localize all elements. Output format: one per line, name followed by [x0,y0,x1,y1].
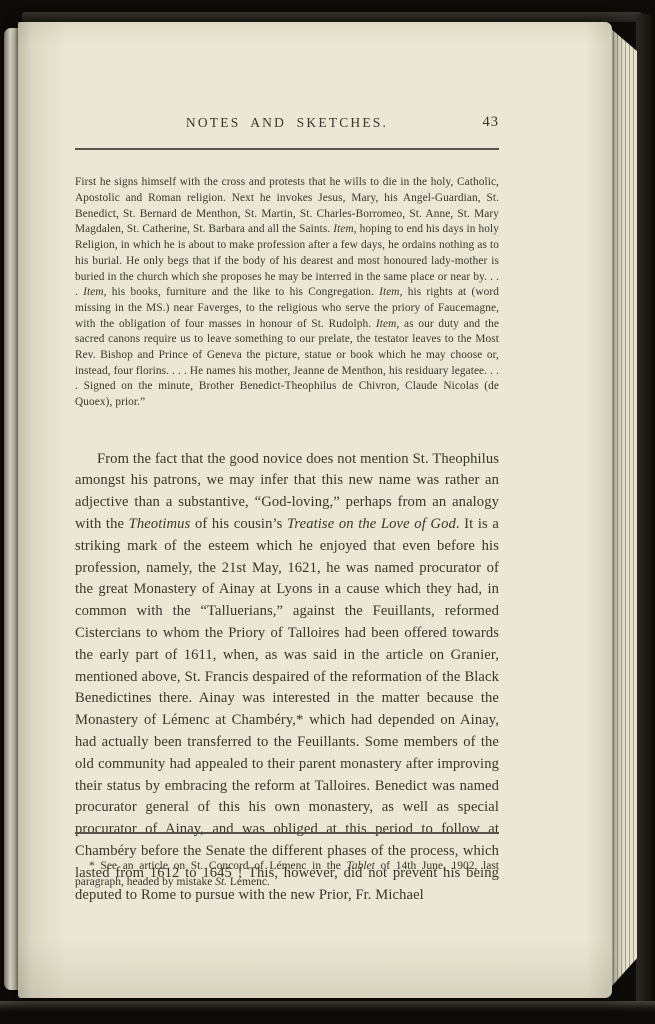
header-rule [75,148,499,150]
body-paragraph: From the fact that the good novice does … [75,449,499,907]
photo-background: { "colors": { "background": "#0c0b08", "… [0,0,655,1024]
page-gutter-edge [4,28,18,990]
footnote-rule [75,832,499,834]
cover-board-bottom-edge [0,1001,655,1013]
running-header: NOTES AND SKETCHES. 43 [75,114,499,134]
footnote: * See an article on St. Concord of Lémen… [75,858,499,891]
book-page: NOTES AND SKETCHES. 43 First he signs hi… [18,22,612,998]
cover-board-top-edge [22,12,642,22]
quote-paragraph: First he signs himself with the cross an… [75,175,499,411]
header-title: NOTES AND SKETCHES. [186,115,388,130]
book-scan: NOTES AND SKETCHES. 43 First he signs hi… [0,0,655,1024]
page-edge-stack [610,24,637,992]
page-content: NOTES AND SKETCHES. 43 First he signs hi… [75,22,499,998]
cover-board-right-edge [636,14,652,1006]
page-number: 43 [483,114,500,131]
